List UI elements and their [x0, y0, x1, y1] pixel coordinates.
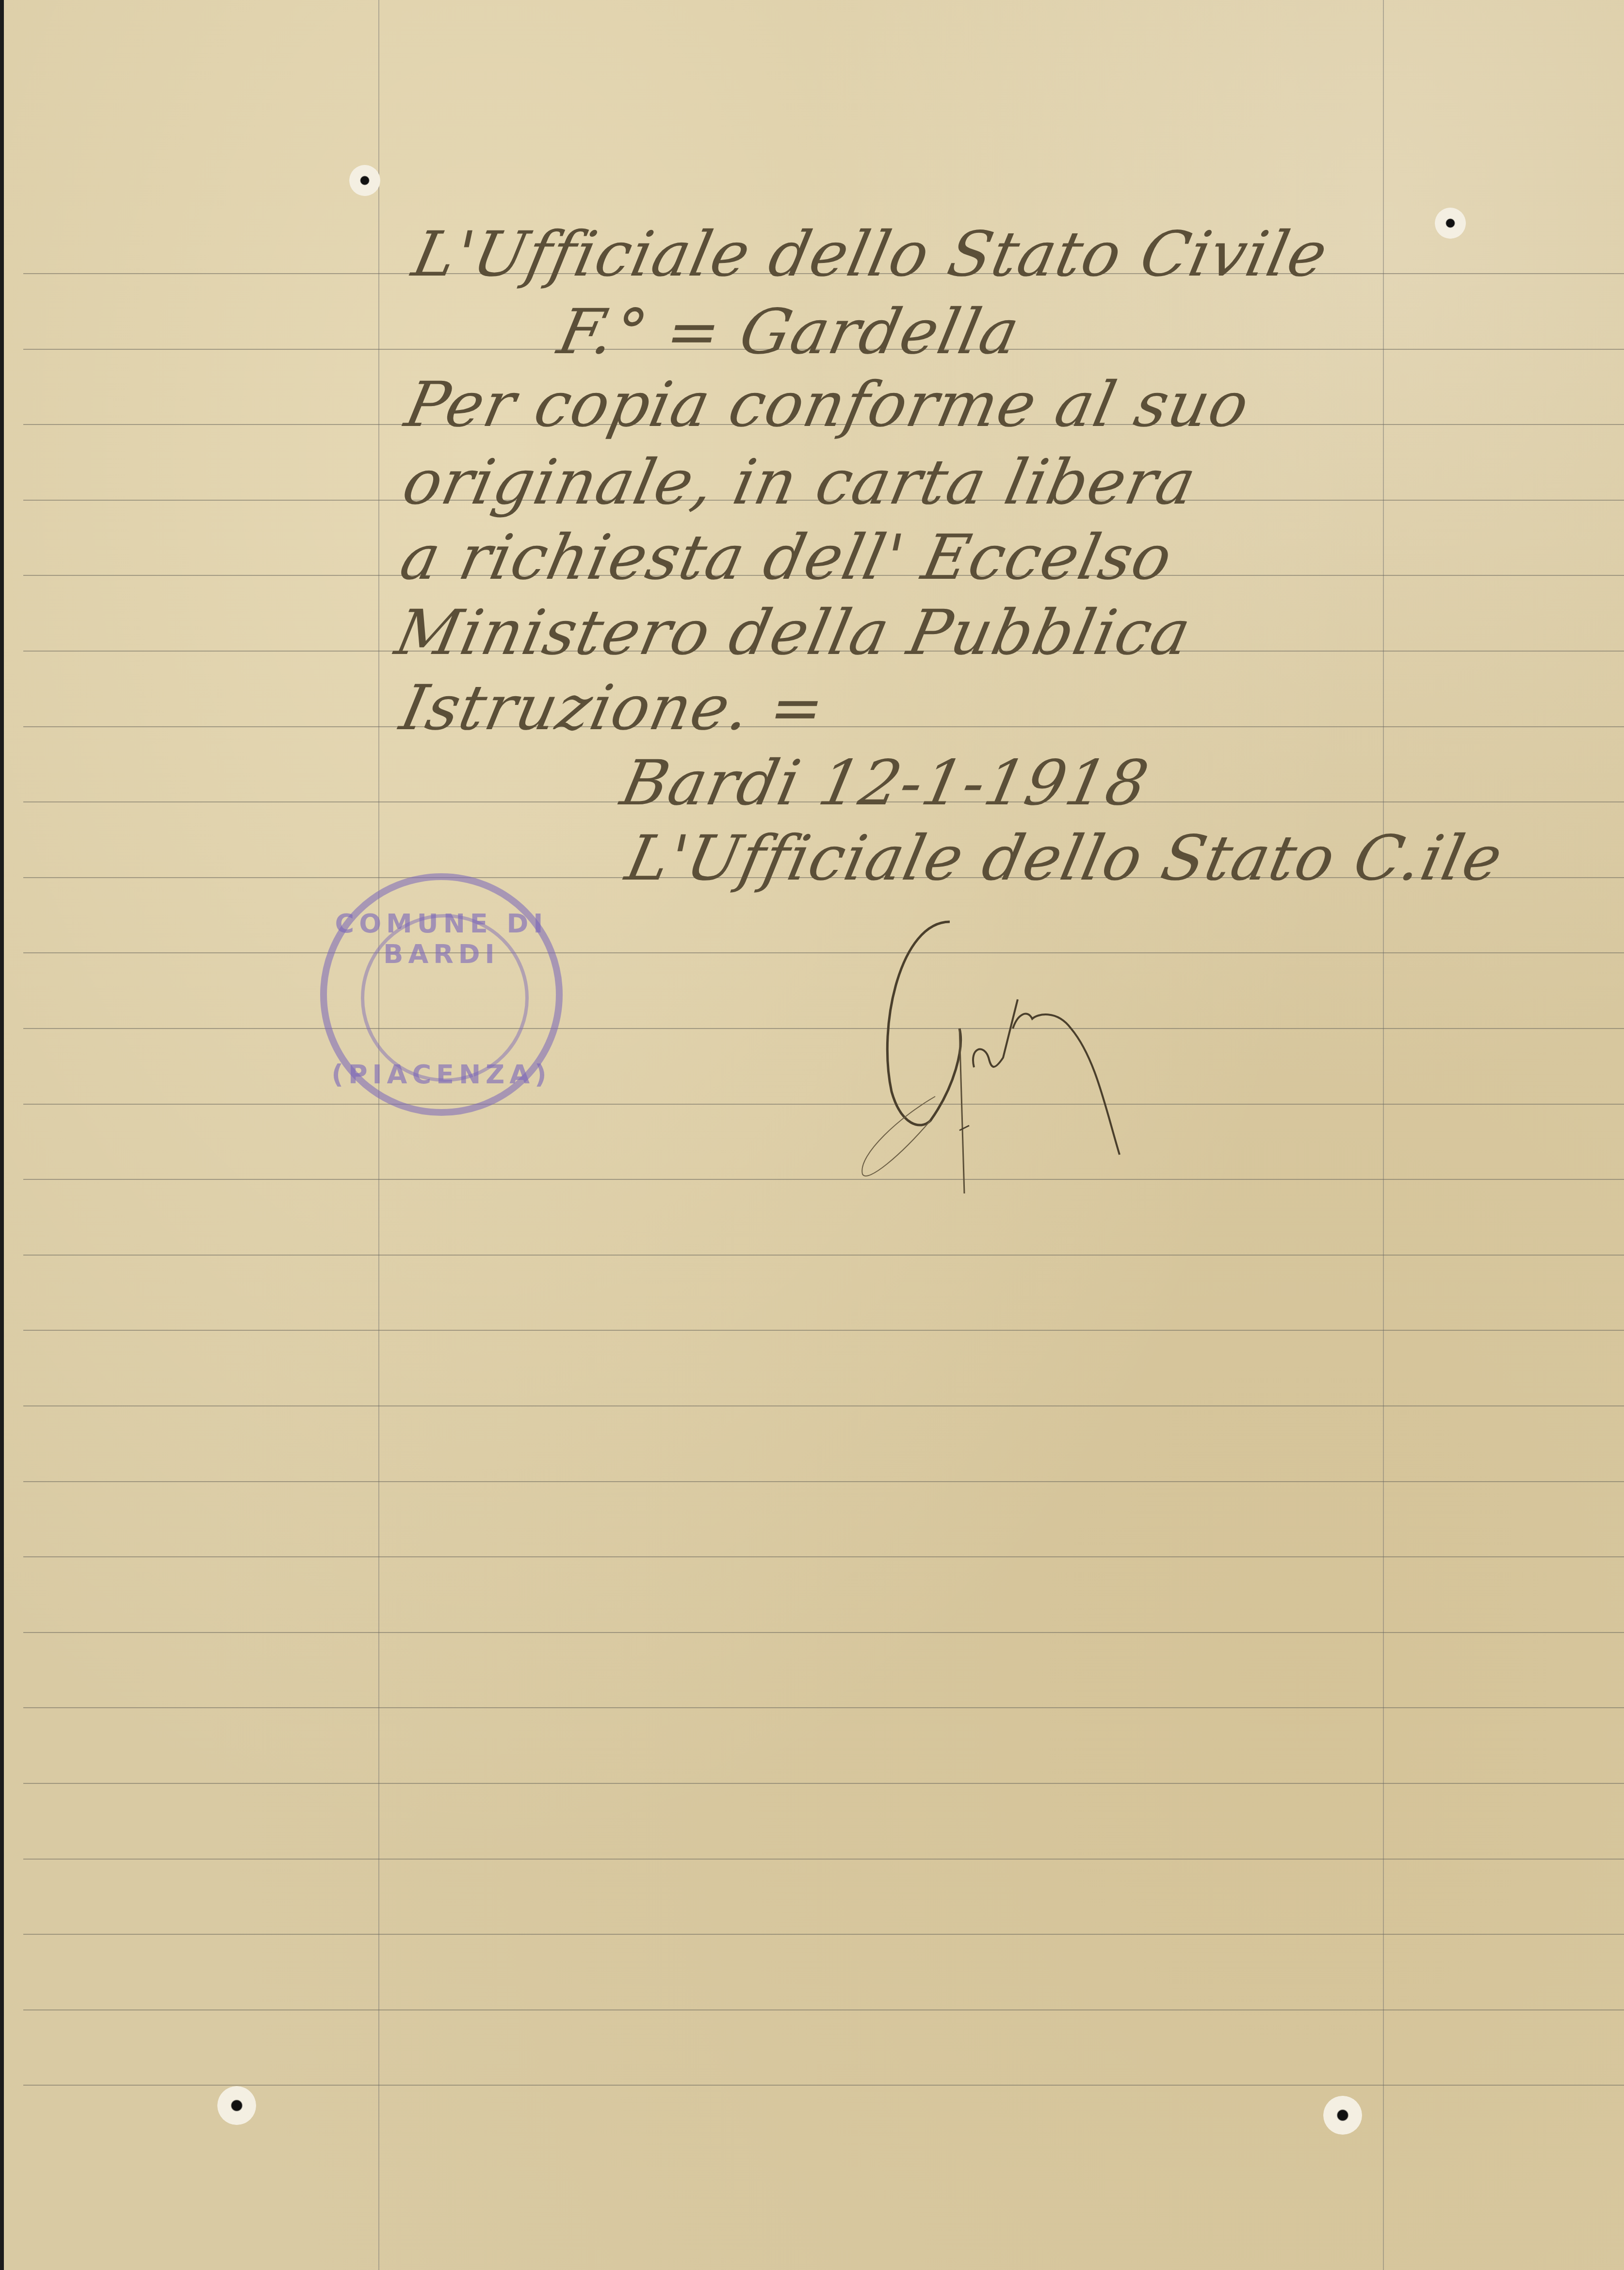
ruled-line [23, 952, 1624, 953]
ruled-line [23, 1179, 1624, 1180]
pin-hole [217, 2086, 256, 2125]
text-line-4: originale, in carta libera [397, 446, 1202, 519]
left-margin-line [378, 0, 379, 2270]
text-line-2: F.° = Gardella [552, 296, 1026, 368]
ruled-line [23, 1481, 1624, 1482]
ruled-line [23, 1255, 1624, 1256]
ruled-line [23, 1859, 1624, 1860]
ruled-line [23, 2085, 1624, 2086]
ruled-line [23, 1330, 1624, 1331]
text-line-7: Istruzione. = [394, 672, 831, 744]
ruled-line [23, 1707, 1624, 1708]
pin-hole [349, 165, 380, 196]
municipal-stamp: COMUNE DI BARDI (PIACENZA) [320, 873, 563, 1116]
text-line-5: a richiesta dell' Eccelso [394, 522, 1179, 594]
ruled-line [23, 1028, 1624, 1029]
place-date: Bardi 12-1-1918 [615, 747, 1155, 819]
ruled-line [23, 1405, 1624, 1406]
ruled-line [23, 1934, 1624, 1935]
pin-hole [1323, 2096, 1362, 2135]
closing-title: L'Ufficiale dello Stato C.ile [620, 822, 1509, 895]
ruled-line [23, 726, 1624, 727]
ruled-line [23, 1632, 1624, 1633]
ruled-line [23, 1783, 1624, 1784]
ruled-line [23, 1556, 1624, 1557]
text-line-3: Per copia conforme al suo [399, 369, 1256, 441]
text-line-1: L'Ufficiale dello Stato Civile [406, 218, 1334, 291]
ruled-line [23, 2009, 1624, 2010]
right-margin-line [1383, 0, 1384, 2270]
stamp-top-text: COMUNE DI BARDI [327, 908, 556, 969]
stamp-bottom-text: (PIACENZA) [327, 1059, 556, 1090]
ruled-line [23, 1104, 1624, 1105]
document-page: L'Ufficiale dello Stato Civile F.° = Gar… [4, 0, 1624, 2270]
signature [828, 902, 1129, 1203]
pin-hole [1435, 208, 1466, 239]
text-line-6: Ministero della Pubblica [390, 597, 1198, 669]
